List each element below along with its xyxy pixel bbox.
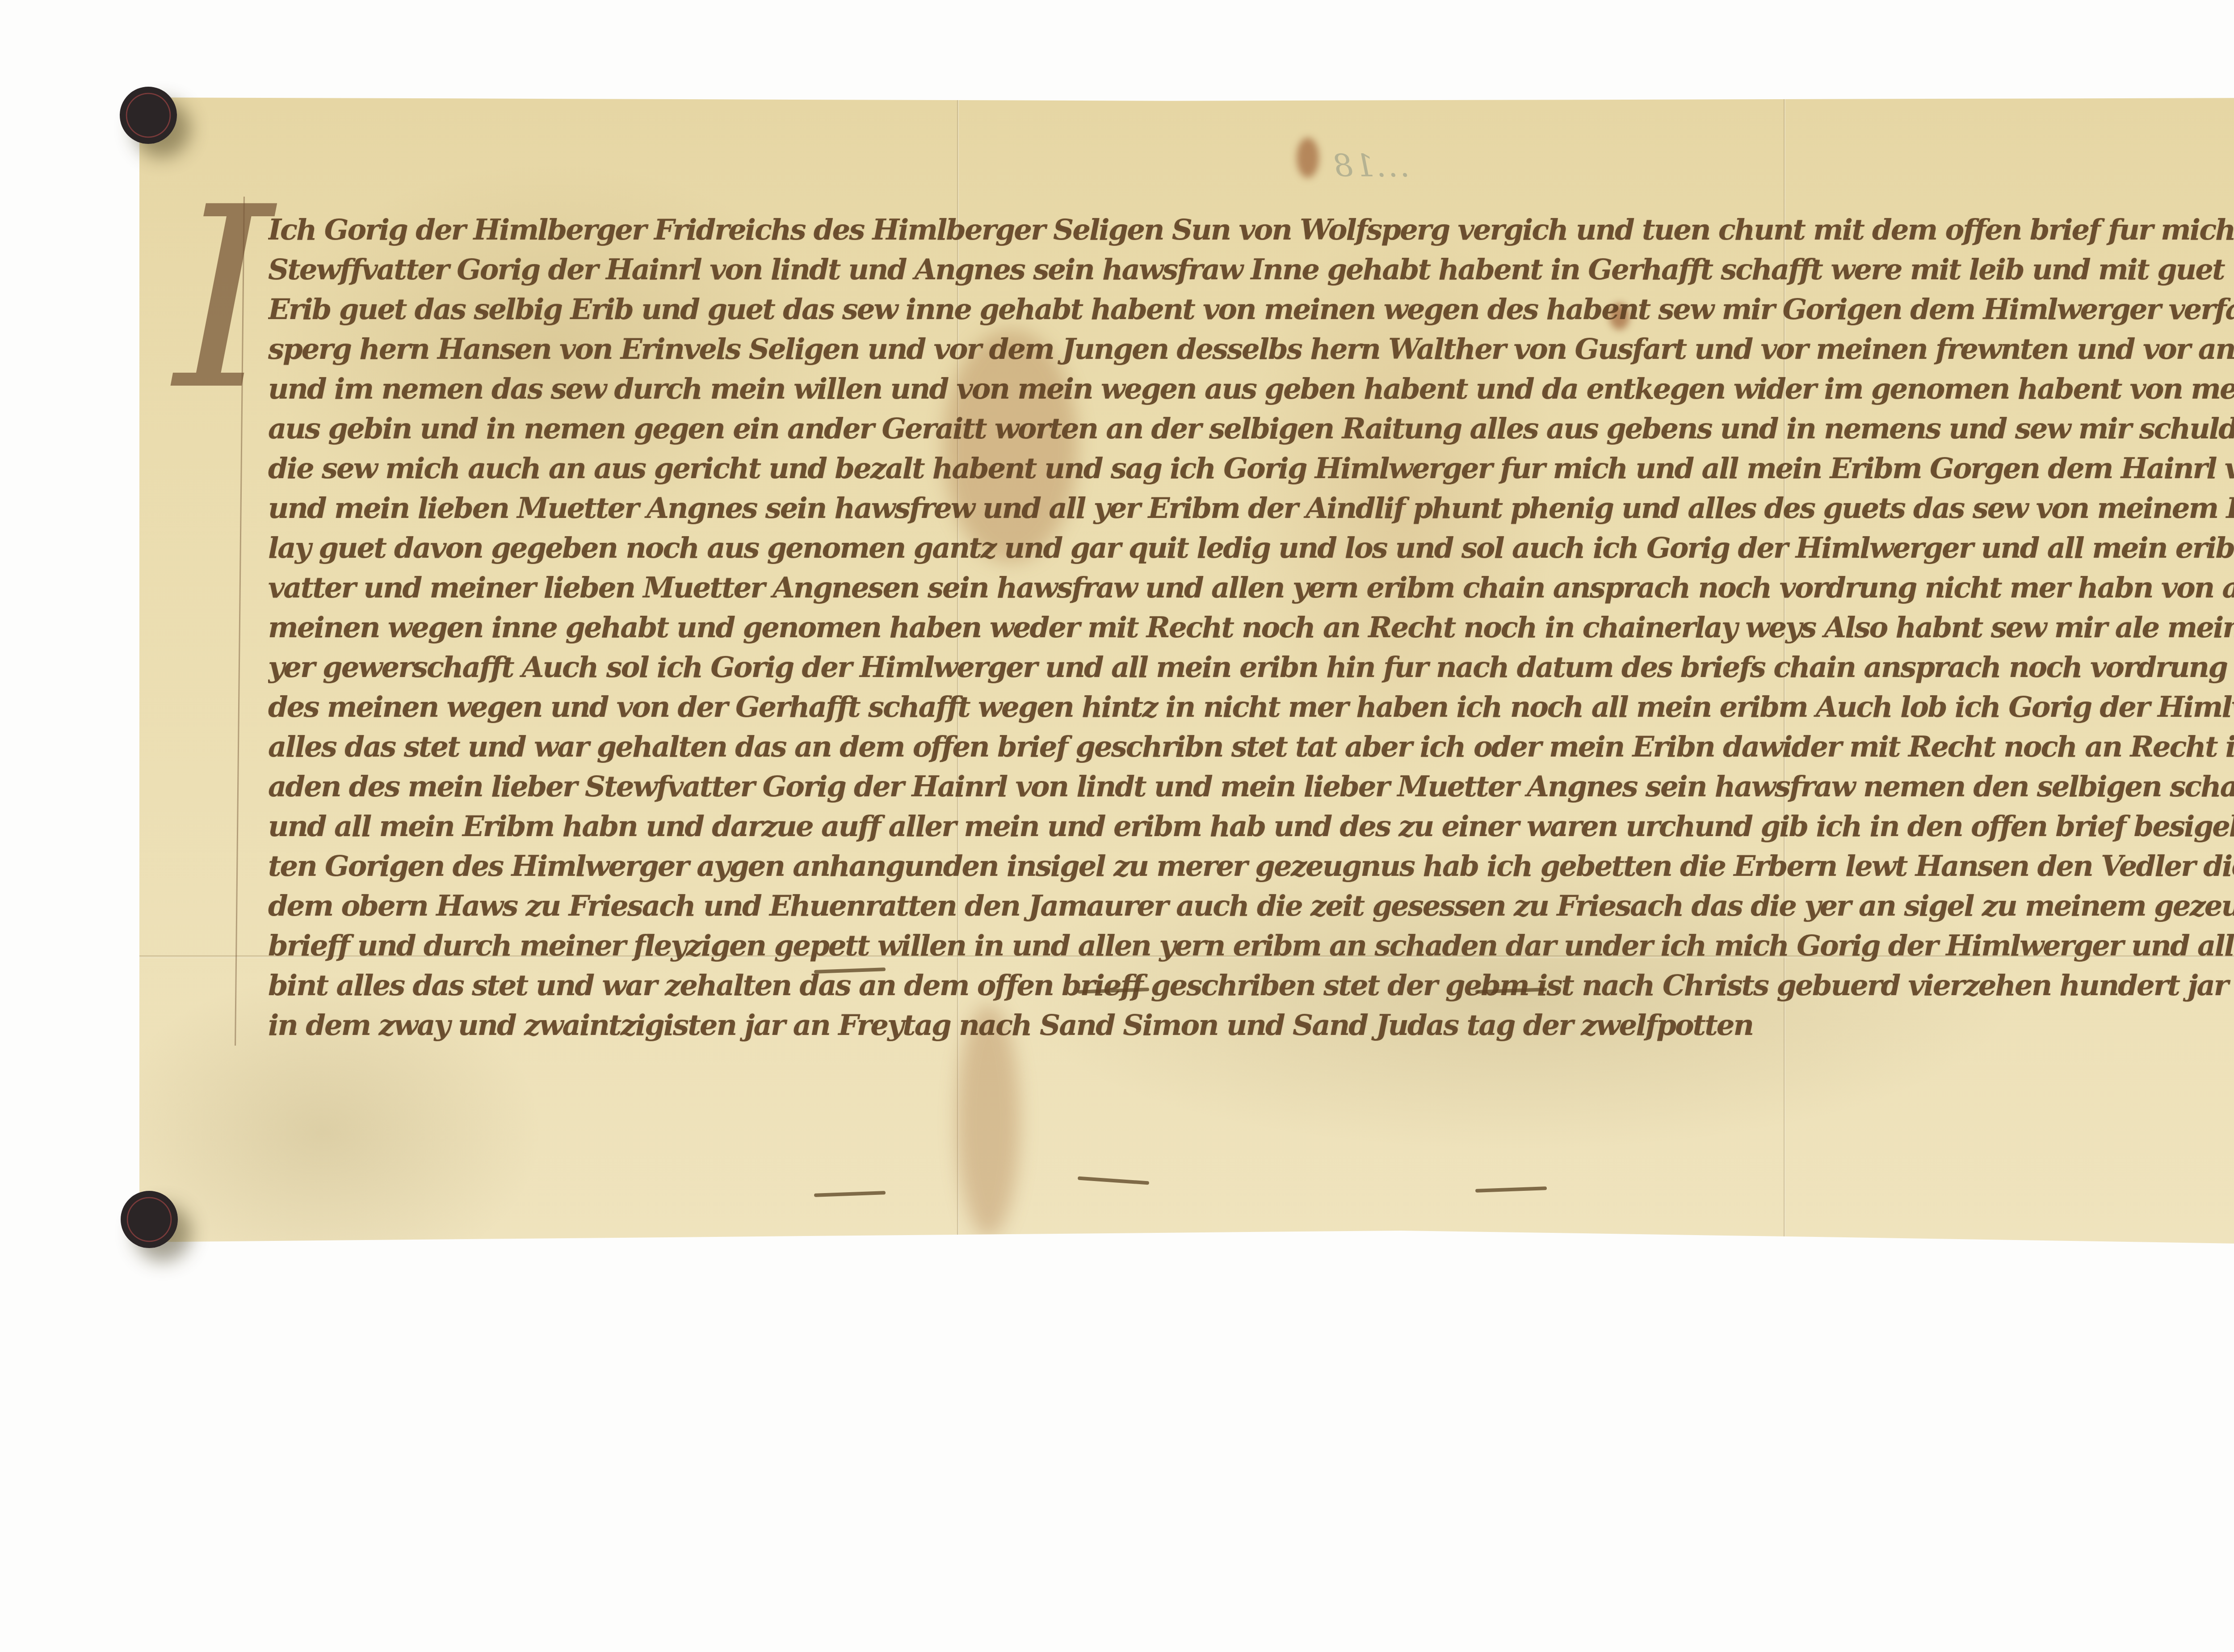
text-line: sperg hern Hansen von Erinvels Seligen u…	[268, 329, 2234, 369]
charter-text: Ich Gorig der Himlberger Fridreichs des …	[268, 210, 2234, 1045]
decorated-initial: I	[174, 174, 273, 425]
text-line: und im nemen das sew durch mein willen u…	[268, 369, 2234, 409]
text-line: in dem zway und zwaintzigisten jar an Fr…	[268, 1005, 1832, 1045]
seal-slit	[814, 1191, 886, 1197]
text-line: aus gebin und in nemen gegen ein ander G…	[268, 409, 2234, 449]
text-line: bint alles das stet und war zehalten das…	[268, 966, 2234, 1005]
text-line: dem obern Haws zu Friesach und Ehuenratt…	[268, 886, 2234, 926]
text-line: alles das stet und war gehalten das an d…	[268, 727, 2234, 767]
text-line: yer gewerschafft Auch sol ich Gorig der …	[268, 647, 2234, 687]
magnet-pin-top-left	[120, 87, 177, 144]
text-line: brieff und durch meiner fleyzigen gepett…	[268, 926, 2234, 966]
pencil-annotation: ...18	[1331, 147, 1410, 184]
text-line: Stewffvatter Gorig der Hainrl von lindt …	[268, 250, 2234, 290]
magnet-pin-bottom-left	[121, 1191, 178, 1248]
text-line: vatter und meiner lieben Muetter Angnese…	[268, 568, 2234, 608]
text-line: aden des mein lieber Stewfvatter Gorig d…	[268, 767, 2234, 807]
ink-spot	[1297, 138, 1319, 178]
text-line: und all mein Eribm habn und darzue auff …	[268, 807, 2234, 846]
seal-slit	[1475, 1186, 1547, 1193]
text-line: ten Gorigen des Himlwerger aygen anhangu…	[268, 846, 2234, 886]
text-line: des meinen wegen und von der Gerhafft sc…	[268, 687, 2234, 727]
text-line: die sew mich auch an aus gericht und bez…	[268, 449, 2234, 488]
text-line: lay guet davon gegeben noch aus genomen …	[268, 528, 2234, 568]
text-line: und mein lieben Muetter Angnes sein haws…	[268, 488, 2234, 528]
text-line: Erib guet das selbig Erib und guet das s…	[268, 290, 2234, 329]
seal-slit	[1078, 1176, 1149, 1185]
text-line: Ich Gorig der Himlberger Fridreichs des …	[268, 210, 2234, 250]
text-line: meinen wegen inne gehabt und genomen hab…	[268, 608, 2234, 647]
